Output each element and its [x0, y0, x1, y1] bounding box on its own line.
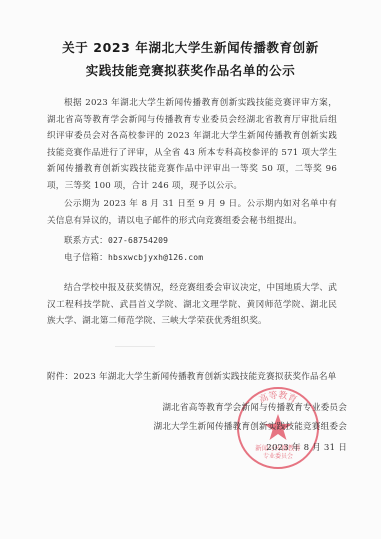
title-line-2: 实践技能竞赛拟获奖作品名单的公示 [0, 61, 381, 79]
signature-date: 2023 年 8 月 31 日 [266, 441, 347, 453]
document-page: 关于 2023 年湖北大学生新闻传播教育创新 实践技能竞赛拟获奖作品名单的公示 … [0, 0, 381, 539]
title-line-1: 关于 2023 年湖北大学生新闻传播教育创新 [0, 38, 381, 56]
email-value: hbsxwcbjyxh@126.com [108, 253, 203, 262]
paragraph-organization-award: 结合学校申报及获奖情况，经竞赛组委会审议决定，中国地质大学、武汉工程科技学院、武… [47, 280, 337, 330]
signature-org-2: 湖北大学生新闻传播教育创新实践技能竞赛组委会 [154, 420, 347, 432]
contact-email: 电子信箱：hbsxwcbjyxh@126.com [64, 251, 203, 263]
email-label: 电子信箱： [64, 253, 108, 263]
paragraph-publicity-period: 公示期为 2023 年 8 月 31 日至 9 月 9 日。公示期内如对名单中有… [47, 196, 337, 229]
divider [115, 346, 155, 347]
phone-value: 027-68754209 [108, 236, 168, 245]
attachment-note: 附件：2023 年湖北大学生新闻传播教育创新实践技能竞赛拟获奖作品名单 [47, 370, 336, 382]
svg-text:专业委员会: 专业委员会 [263, 452, 293, 460]
contact-phone: 联系方式：027-68754209 [64, 234, 168, 246]
signature-org-1: 湖北省高等教育学会新闻与传播教育专业委员会 [162, 401, 347, 413]
paragraph-review-summary: 根据 2023 年湖北大学生新闻传播教育创新实践技能竞赛评审方案，湖北省高等教育… [47, 95, 337, 195]
phone-label: 联系方式： [64, 236, 108, 246]
